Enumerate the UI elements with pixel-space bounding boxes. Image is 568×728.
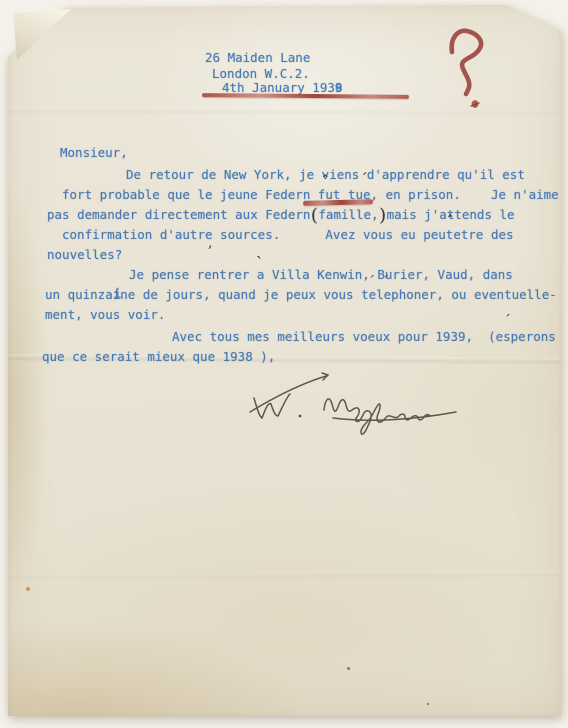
red-question-mark-annotation — [444, 26, 492, 112]
date-overstrike-digit: 8 — [335, 80, 343, 95]
paper-speck — [427, 703, 429, 705]
hand-circumflex-fut: ˆ — [322, 175, 329, 188]
body-line-6: Je pense rentrer a Villa Kenwin, Burier,… — [129, 267, 513, 282]
body-line-5: nouvelles? — [47, 247, 122, 262]
hand-grave-a: ` — [256, 256, 263, 270]
salutation: Monsieur, — [60, 145, 128, 160]
paper-speck — [347, 667, 350, 670]
address-line-1: 26 Maiden Lane — [205, 50, 310, 65]
hand-comma-autre: , — [208, 236, 212, 250]
signature-handwriting — [238, 368, 463, 426]
address-line-2: London W.C.2. — [212, 66, 310, 81]
body-line-4: confirmation d'autre sources. Avez vous … — [62, 227, 514, 242]
body-line-10: que ce serait mieux que 1938 ), — [42, 349, 275, 364]
body-line-3-text: pas demander directement aux Federn — [47, 207, 310, 222]
body-line-9: Avec tous mes meilleurs voeux pour 1939,… — [172, 329, 556, 344]
paper-speck — [529, 297, 531, 299]
paper-speck — [26, 587, 30, 591]
quinzaine-overstrike-char: i — [114, 286, 122, 301]
body-line-7: un quinzaine de jours, quand je peux vou… — [45, 287, 557, 302]
body-line-3: pas demander directement aux Federn(fami… — [47, 207, 515, 222]
body-line-3-text: famille, — [318, 207, 378, 222]
body-line-8: ment, vous voir. — [45, 307, 165, 322]
hand-circumflex-peutetre: ˆ — [447, 215, 454, 228]
